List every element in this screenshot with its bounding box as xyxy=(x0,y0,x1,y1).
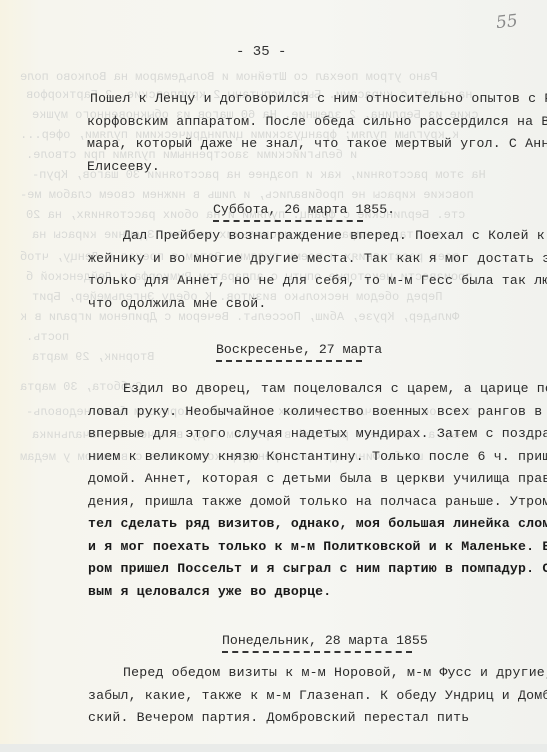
bleed-line: Вторник, 29 марта xyxy=(32,350,154,364)
text-line: Елисееву. xyxy=(87,159,160,175)
paragraph-first-line: Ездил во дворец, там поцеловался с царем… xyxy=(123,381,547,397)
heading-underline xyxy=(213,220,363,222)
paragraph-first-line: Перед обедом визиты к м-м Норовой, м-м Ф… xyxy=(123,665,547,681)
entry-heading: Воскресенье, 27 марта xyxy=(216,342,382,358)
heading-underline xyxy=(216,360,362,362)
text-line: только для Аннет, но не для себя, то м-м… xyxy=(88,273,547,289)
bleed-line: Рано утром поехал со Штейном и Вольдемар… xyxy=(20,70,438,84)
text-line: ром пришел Поссельт и я сыграл с ним пар… xyxy=(88,561,547,577)
text-line: вым я целовался уже во дворце. xyxy=(88,584,331,600)
entry-heading: Понедельник, 28 марта 1855 xyxy=(222,633,428,649)
paragraph-first-line: Дал Прейберу вознаграждение вперед. Поех… xyxy=(123,228,547,244)
page-number: - 35 - xyxy=(236,44,286,60)
text-line: дения, пришла также домой только на полч… xyxy=(88,494,547,510)
text-line: ский. Вечером партия. Домбровский перест… xyxy=(88,710,469,726)
text-line: домой. Аннет, которая с детьми была в це… xyxy=(88,471,547,487)
bleed-line: Фильдер, Крузе, Абиш, Поссельт. Вечером … xyxy=(20,310,459,324)
text-line: что одолжила мне свой. xyxy=(88,296,267,312)
page-edge xyxy=(0,744,547,752)
text-line: и я мог поехать только к м-м Политковско… xyxy=(88,539,547,555)
bleed-line: пость. xyxy=(26,330,69,344)
text-line: ловал руку. Необычайное количество военн… xyxy=(88,404,547,420)
bleed-line: повские кирасы не пробивались, и лишь в … xyxy=(20,188,474,202)
entry-heading: Суббота, 26 марта 1855. xyxy=(213,202,395,218)
text-line: забыл, какие, также к м-м Глазенап. К об… xyxy=(88,688,547,704)
archive-page-number: 55 xyxy=(495,11,519,33)
text-line: корфовским аппаратом. После обеда сильно… xyxy=(87,114,547,130)
text-line: мара, который даже не знал, что такое ме… xyxy=(87,136,547,152)
document-page: Рано утром поехал со Штейном и Вольдемар… xyxy=(0,0,547,752)
text-line: жейнику и во многие другие места. Так ка… xyxy=(88,251,547,267)
text-line: Пошел к Ленцу и договорился с ним относи… xyxy=(90,91,547,107)
text-line: тел сделать ряд визитов, однако, моя бол… xyxy=(88,516,547,532)
heading-underline xyxy=(222,651,412,653)
text-line: впервые для этого случая надетых мундира… xyxy=(88,426,547,442)
text-line: нием к великому князю Константину. Тольк… xyxy=(88,449,547,465)
